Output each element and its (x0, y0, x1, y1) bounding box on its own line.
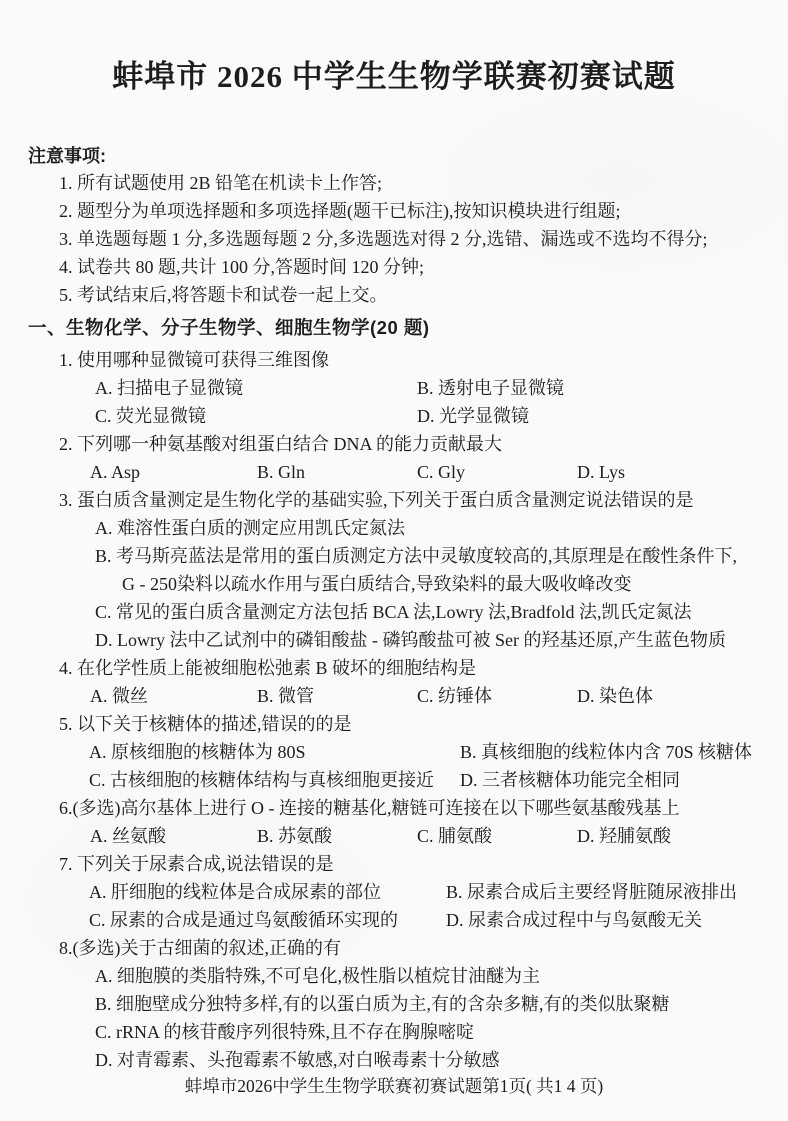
notice-block: 注意事项: 1. 所有试题使用 2B 铅笔在机读卡上作答; 2. 题型分为单项选… (0, 143, 788, 309)
notice-heading: 注意事项: (28, 143, 788, 169)
question-7: 7. 下列关于尿素合成,说法错误的是 A. 肝细胞的线粒体是合成尿素的部位 B.… (0, 850, 788, 934)
option-line: C. rRNA 的核苷酸序列很特殊,且不存在胸腺嘧啶 (95, 1018, 788, 1046)
question-stem: 7. 下列关于尿素合成,说法错误的是 (59, 850, 788, 878)
option-cell: A. 原核细胞的核糖体为 80S (89, 738, 460, 766)
question-stem: 4. 在化学性质上能被细胞松弛素 B 破坏的细胞结构是 (59, 654, 788, 682)
option-cell: B. 微管 (257, 682, 417, 710)
option-cell: C. 荧光显微镜 (95, 402, 417, 430)
question-stem: 1. 使用哪种显微镜可获得三维图像 (59, 346, 788, 374)
question-4: 4. 在化学性质上能被细胞松弛素 B 破坏的细胞结构是 A. 微丝 B. 微管 … (0, 654, 788, 710)
option-line: B. 考马斯亮蓝法是常用的蛋白质测定方法中灵敏度较高的,其原理是在酸性条件下, (95, 542, 788, 570)
option-cell: D. 染色体 (577, 682, 788, 710)
option-line: C. 常见的蛋白质含量测定方法包括 BCA 法,Lowry 法,Bradfold… (95, 598, 788, 626)
option-line: A. 难溶性蛋白质的测定应用凯氏定氮法 (95, 514, 788, 542)
option-cell: A. 丝氨酸 (90, 822, 257, 850)
question-stem: 2. 下列哪一种氨基酸对组蛋白结合 DNA 的能力贡献最大 (59, 430, 788, 458)
option-cell: A. 扫描电子显微镜 (95, 374, 417, 402)
option-line: D. Lowry 法中乙试剂中的磷钼酸盐 - 磷钨酸盐可被 Ser 的羟基还原,… (95, 626, 788, 654)
option-cell: B. 真核细胞的线粒体内含 70S 核糖体 (460, 738, 788, 766)
option-cell: A. Asp (90, 458, 257, 486)
option-cell: D. 尿素合成过程中与鸟氨酸无关 (446, 906, 788, 934)
option-line: D. 对青霉素、头孢霉素不敏感,对白喉毒素十分敏感 (95, 1046, 788, 1074)
notice-item: 5. 考试结束后,将答题卡和试卷一起上交。 (59, 281, 788, 309)
page-footer: 蚌埠市2026中学生生物学联赛初赛试题第1页( 共1 4 页) (0, 1074, 788, 1098)
option-row: A. Asp B. Gln C. Gly D. Lys (0, 458, 788, 486)
option-cell: D. 羟脯氨酸 (577, 822, 788, 850)
notice-item: 1. 所有试题使用 2B 铅笔在机读卡上作答; (59, 169, 788, 197)
option-cell: B. 透射电子显微镜 (417, 374, 788, 402)
option-cell: C. 脯氨酸 (417, 822, 577, 850)
question-3: 3. 蛋白质含量测定是生物化学的基础实验,下列关于蛋白质含量测定说法错误的是 A… (0, 486, 788, 654)
option-row: A. 肝细胞的线粒体是合成尿素的部位 B. 尿素合成后主要经肾脏随尿液排出 (0, 878, 788, 906)
option-cell: C. 纺锤体 (417, 682, 577, 710)
option-row: A. 微丝 B. 微管 C. 纺锤体 D. 染色体 (0, 682, 788, 710)
question-1: 1. 使用哪种显微镜可获得三维图像 A. 扫描电子显微镜 B. 透射电子显微镜 … (0, 346, 788, 430)
option-line: B. 细胞壁成分独特多样,有的以蛋白质为主,有的含杂多糖,有的类似肽聚糖 (95, 990, 788, 1018)
option-row: A. 原核细胞的核糖体为 80S B. 真核细胞的线粒体内含 70S 核糖体 (0, 738, 788, 766)
option-row: C. 古核细胞的核糖体结构与真核细胞更接近 D. 三者核糖体功能完全相同 (0, 766, 788, 794)
question-stem: 3. 蛋白质含量测定是生物化学的基础实验,下列关于蛋白质含量测定说法错误的是 (59, 486, 788, 514)
option-cell: D. Lys (577, 458, 788, 486)
section-heading: 一、生物化学、分子生物学、细胞生物学(20 题) (28, 314, 788, 342)
option-cell: C. 尿素的合成是通过鸟氨酸循环实现的 (89, 906, 446, 934)
option-row: C. 尿素的合成是通过鸟氨酸循环实现的 D. 尿素合成过程中与鸟氨酸无关 (0, 906, 788, 934)
option-row: A. 扫描电子显微镜 B. 透射电子显微镜 (0, 374, 788, 402)
exam-paper-page: 蚌埠市 2026 中学生生物学联赛初赛试题 注意事项: 1. 所有试题使用 2B… (0, 0, 788, 1121)
notice-item: 3. 单选题每题 1 分,多选题每题 2 分,多选题选对得 2 分,选错、漏选或… (59, 225, 788, 253)
option-cell: B. Gln (257, 458, 417, 486)
option-cell: A. 微丝 (90, 682, 257, 710)
question-stem: 6.(多选)高尔基体上进行 O - 连接的糖基化,糖链可连接在以下哪些氨基酸残基… (59, 794, 788, 822)
option-row: C. 荧光显微镜 D. 光学显微镜 (0, 402, 788, 430)
option-cell: B. 尿素合成后主要经肾脏随尿液排出 (446, 878, 788, 906)
option-line: A. 细胞膜的类脂特殊,不可皂化,极性脂以植烷甘油醚为主 (95, 962, 788, 990)
question-6: 6.(多选)高尔基体上进行 O - 连接的糖基化,糖链可连接在以下哪些氨基酸残基… (0, 794, 788, 850)
option-cell: C. Gly (417, 458, 577, 486)
option-row: A. 丝氨酸 B. 苏氨酸 C. 脯氨酸 D. 羟脯氨酸 (0, 822, 788, 850)
option-line-continuation: G - 250染料以疏水作用与蛋白质结合,导致染料的最大吸收峰改变 (122, 570, 788, 598)
question-stem: 5. 以下关于核糖体的描述,错误的的是 (59, 710, 788, 738)
notice-item: 2. 题型分为单项选择题和多项选择题(题干已标注),按知识模块进行组题; (59, 197, 788, 225)
option-cell: D. 三者核糖体功能完全相同 (460, 766, 788, 794)
option-cell: D. 光学显微镜 (417, 402, 788, 430)
question-8: 8.(多选)关于古细菌的叙述,正确的有 A. 细胞膜的类脂特殊,不可皂化,极性脂… (0, 934, 788, 1074)
option-cell: B. 苏氨酸 (257, 822, 417, 850)
option-cell: A. 肝细胞的线粒体是合成尿素的部位 (89, 878, 446, 906)
page-title: 蚌埠市 2026 中学生生物学联赛初赛试题 (0, 58, 788, 96)
notice-item: 4. 试卷共 80 题,共计 100 分,答题时间 120 分钟; (59, 253, 788, 281)
question-stem: 8.(多选)关于古细菌的叙述,正确的有 (59, 934, 788, 962)
question-2: 2. 下列哪一种氨基酸对组蛋白结合 DNA 的能力贡献最大 A. Asp B. … (0, 430, 788, 486)
option-cell: C. 古核细胞的核糖体结构与真核细胞更接近 (89, 766, 460, 794)
question-5: 5. 以下关于核糖体的描述,错误的的是 A. 原核细胞的核糖体为 80S B. … (0, 710, 788, 794)
